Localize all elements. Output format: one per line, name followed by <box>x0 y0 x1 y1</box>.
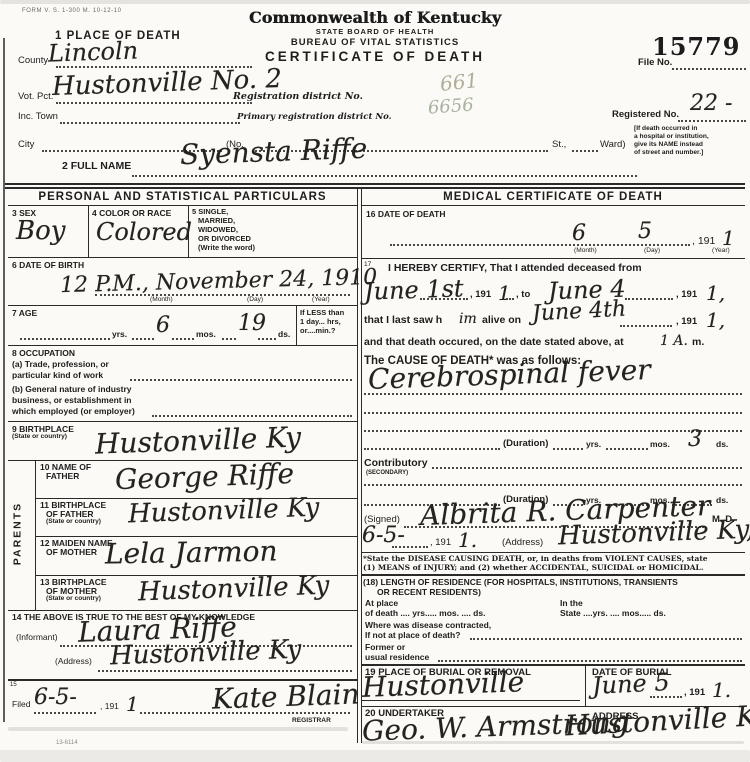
duration1-dotted-line-1 <box>364 448 500 450</box>
age-label: 7 AGE <box>12 309 37 318</box>
in-state-label-line1: In the <box>560 599 583 608</box>
mother-birthplace-value: Hustonville Ky <box>138 573 330 607</box>
registered-no-value: 22 - <box>690 92 732 115</box>
primary-district-label: Primary registration district No. <box>237 113 392 122</box>
hospital-note-line1: [If death occurred in <box>634 126 697 133</box>
full-name-label: 2 FULL NAME <box>62 161 131 172</box>
former-residence-label-line2: usual residence <box>365 653 429 662</box>
filed-year-printed: , 191 <box>100 702 119 711</box>
dod-day-value: 5 <box>638 220 652 243</box>
scan-edge-bottom <box>0 750 750 762</box>
left-rule-5 <box>8 421 357 422</box>
dod-month-label: (Month) <box>574 248 597 255</box>
marital-label-line4: OR DIVORCED <box>198 235 251 243</box>
inc-town-dotted-line <box>60 122 240 124</box>
residence-label-line2: OR RECENT RESIDENTS) <box>377 588 481 597</box>
right-rule-5 <box>361 664 745 666</box>
sex-value: Boy <box>16 218 65 245</box>
informant-label: (Informant) <box>16 633 58 642</box>
at-place-label-line2: of death .... yrs..... mos. .... ds. <box>365 609 485 618</box>
date-of-death-label: 16 DATE OF DEATH <box>366 210 446 219</box>
occupation-label: 8 OCCUPATION <box>12 349 75 358</box>
in-state-label-line2: State ....yrs. .... mos..... ds. <box>560 609 666 618</box>
signed-address-label: (Address) <box>502 538 543 548</box>
duration1-mos-label: mos. <box>650 440 670 449</box>
dod-year-printed: , 191 <box>692 236 715 247</box>
signed-year-value: 1. <box>458 530 477 551</box>
age-dotted-line-2 <box>132 338 154 340</box>
contracted-dotted-line <box>470 638 742 640</box>
contributory-dotted-line-1 <box>432 467 742 469</box>
dob-year-label: (Year) <box>312 297 330 304</box>
filed-dotted-line-1 <box>34 712 96 714</box>
dod-dotted-line <box>390 244 690 246</box>
burial-date-value: June 5 <box>591 670 670 699</box>
duration1-yrs-label: yrs. <box>586 440 601 449</box>
marital-label-line5: (Write the word) <box>198 244 255 252</box>
mother-birthplace-note: (State or country) <box>46 596 101 603</box>
duration1-ds-label: ds. <box>716 440 728 449</box>
at-place-label-line1: At place <box>365 599 398 608</box>
last-saw-h-value: im <box>459 312 477 327</box>
color-race-value: Colored <box>96 220 192 245</box>
burial-year-printed: , 191 <box>684 688 705 698</box>
hospital-note-line4: of street and number.] <box>634 150 703 157</box>
death-time-suffix: m. <box>692 337 704 348</box>
death-occurred-text: and that death occured, on the date stat… <box>364 337 624 348</box>
file-no-value: 15779 <box>652 34 741 59</box>
dob-month-label: (Month) <box>150 297 173 304</box>
dod-month-value: 6 <box>572 222 586 245</box>
county-value: Lincoln <box>48 38 139 66</box>
to-year-value: 1, <box>706 283 725 304</box>
duration2-ds-label: ds. <box>716 496 728 505</box>
hospital-note-line3: give its NAME instead <box>634 142 703 149</box>
scan-edge-top <box>0 0 750 4</box>
occupation-dotted-line-1 <box>130 379 352 381</box>
occupation-b-line2: business, or establishment in <box>12 396 132 405</box>
last-saw-text-1: that I last saw h <box>364 315 442 326</box>
contributory-label: Contributory <box>364 458 428 469</box>
contributory-dotted-line-2 <box>364 484 742 486</box>
hospital-note-line2: a hospital or institution, <box>634 134 709 141</box>
death-certificate-scan: FORM V. S. 1-300 M. 10-12-10 Commonwealt… <box>0 0 750 762</box>
left-rule-1 <box>8 205 357 206</box>
birthplace-value: Hustonville Ky <box>95 422 302 459</box>
burial-place-value: Hustonville <box>362 667 525 702</box>
left-rule-2 <box>8 257 357 258</box>
age-yrs-label: yrs. <box>112 330 127 339</box>
state-board-subtitle: STATE BOARD OF HEALTH <box>215 28 535 36</box>
age-dotted-line-1 <box>20 338 110 340</box>
commonwealth-title: Commonwealth of Kentucky <box>215 10 535 27</box>
certify-statement: I HEREBY CERTIFY, That I attended deceas… <box>388 263 642 274</box>
city-st-label: St., <box>552 140 566 150</box>
occupation-dotted-line-2 <box>152 415 352 417</box>
burial-year-value: 1. <box>712 680 731 701</box>
last-saw-date-value: June 4th <box>531 298 626 326</box>
left-rule-3 <box>8 305 357 306</box>
residence-label-line1: (18) LENGTH OF RESIDENCE (FOR HOSPITALS,… <box>363 578 678 587</box>
attended-from-value: June 1st <box>364 276 464 305</box>
to-year-printed: , 191 <box>676 290 697 300</box>
father-birthplace-value: Hustonville Ky <box>128 495 320 529</box>
sex-color-divider <box>88 205 89 257</box>
inc-town-label: Inc. Town <box>18 112 58 122</box>
county-label: County <box>18 56 48 66</box>
certify-dotted-line-2 <box>506 298 514 300</box>
former-residence-label-line1: Former or <box>365 643 405 652</box>
marital-label-line3: WIDOWED, <box>198 226 238 234</box>
form-number: FORM V. S. 1-300 M. 10-12-10 <box>22 8 122 14</box>
full-name-value: Syensta Riffe <box>180 134 368 170</box>
duration1-dotted-line-2 <box>553 448 583 450</box>
registered-no-dotted-line <box>678 120 746 122</box>
age-less-line1: If LESS than <box>300 309 344 317</box>
full-name-dotted-line <box>132 175 637 177</box>
left-rule-4 <box>8 345 357 346</box>
header-divider-1 <box>5 183 745 185</box>
registrar-label: REGISTRAR <box>292 718 331 725</box>
dod-year-value: 1 <box>722 228 735 249</box>
duration1-label: (Duration) <box>503 439 548 449</box>
from-year-value: 1 <box>498 283 511 304</box>
parents-vertical-label: PARENTS <box>12 502 23 566</box>
scan-edge-left-line <box>3 38 5 722</box>
personal-section-title: PERSONAL AND STATISTICAL PARTICULARS <box>8 191 357 203</box>
dod-day-label: (Day) <box>644 248 660 255</box>
marital-label-line2: MARRIED, <box>198 217 235 225</box>
dob-value: 12 P.M., November 24, 1910 <box>60 266 378 297</box>
certify-section-number: 17 <box>364 262 371 269</box>
birthplace-note: (State or country) <box>12 434 67 441</box>
age-dotted-line-5 <box>258 338 276 340</box>
father-name-label-line2: FATHER <box>46 472 79 481</box>
duration1-days-value: 3 <box>688 428 702 451</box>
occupation-b-line1: (b) General nature of industry <box>12 385 132 394</box>
father-birthplace-note: (State or country) <box>46 519 101 526</box>
parents-cell-divider <box>35 460 36 610</box>
city-ward-label: Ward) <box>600 140 626 150</box>
last-saw-year-value: 1, <box>706 310 725 331</box>
header-divider-2 <box>5 187 745 189</box>
filed-date-value: 6-5- <box>34 686 77 709</box>
age-dotted-line-4 <box>222 338 236 340</box>
dob-day-label: (Day) <box>247 297 263 304</box>
father-name-value: George Riffe <box>115 459 295 495</box>
filed-dotted-line-2 <box>140 712 210 714</box>
right-rule-4 <box>361 574 745 576</box>
file-no-dotted-line <box>672 68 746 70</box>
age-ds-label: ds. <box>278 330 290 339</box>
last-saw-dotted-line <box>620 325 672 327</box>
city-dotted-line-3 <box>572 150 598 152</box>
cause-dotted-line-3 <box>364 430 742 432</box>
cause-footnote-line2: (1) MEANS of INJURY; and (2) whether ACC… <box>363 564 703 572</box>
vot-pct-label: Vot. Pct. <box>18 92 53 102</box>
certify-dotted-line-3 <box>625 298 673 300</box>
burial-signature-line <box>362 700 580 701</box>
city-label: City <box>18 140 34 150</box>
age-mos-label: mos. <box>196 330 216 339</box>
marital-label-line1: 5 SINGLE, <box>192 208 228 216</box>
registrar-dotted-line <box>212 712 350 714</box>
occupation-b-line3: which employed (or employer) <box>12 407 135 416</box>
contracted-label-line1: Where was disease contracted, <box>365 621 491 630</box>
occupation-a-line1: (a) Trade, profession, or <box>12 360 109 369</box>
registration-district-label: Registration district No. <box>233 92 363 102</box>
form-code: 13-6114 <box>56 740 78 746</box>
age-lessbox-divider <box>296 305 297 345</box>
informant-address-label: (Address) <box>55 657 92 666</box>
medical-section-title: MEDICAL CERTIFICATE OF DEATH <box>361 191 745 203</box>
age-months-value: 6 <box>156 314 170 337</box>
age-less-line3: or....min.? <box>300 327 335 335</box>
attended-to-label: , to <box>516 290 530 300</box>
mother-maiden-value: Lela Jarmon <box>105 536 278 568</box>
mother-maiden-label-line2: OF MOTHER <box>46 548 97 557</box>
from-year-printed: , 191 <box>470 290 491 300</box>
dod-year-label: (Year) <box>712 248 730 255</box>
last-saw-year-printed: , 191 <box>676 317 697 327</box>
color-race-label: 4 COLOR OR RACE <box>92 209 171 218</box>
duration1-dotted-line-3 <box>606 448 648 450</box>
age-dotted-line-3 <box>172 338 194 340</box>
registration-district-value: 661 <box>439 70 479 95</box>
burial-date-dotted-line <box>650 696 682 698</box>
contracted-label-line2: If not at place of death? <box>365 631 460 640</box>
signed-address-value: Hustonville Ky, <box>558 517 750 551</box>
registered-no-label: Registered No. <box>612 110 679 120</box>
right-rule-1 <box>361 205 745 206</box>
informant-address-value: Hustonville Ky <box>110 637 302 671</box>
cause-of-death-value: Cerebrospinal fever <box>368 355 652 394</box>
cause-dotted-line-2 <box>364 412 742 414</box>
filed-label: Filed <box>12 700 30 709</box>
filed-year-value: 1 <box>126 694 139 715</box>
vot-pct-dotted-line <box>56 102 252 104</box>
filed-section-number: 15 <box>10 682 17 688</box>
right-rule-2 <box>361 258 745 259</box>
dob-label: 6 DATE OF BIRTH <box>12 261 84 270</box>
age-days-value: 19 <box>238 312 266 335</box>
cause-dotted-line-1 <box>364 393 742 395</box>
signed-date-value: 6-5- <box>362 524 405 547</box>
certify-dotted-line-1 <box>420 298 468 300</box>
signed-date-dotted-line <box>392 546 428 548</box>
signed-year-printed: , 191 <box>430 538 451 548</box>
bureau-subtitle: BUREAU OF VITAL STATISTICS <box>215 38 535 48</box>
burial-cell-divider <box>585 664 586 706</box>
cause-footnote-line1: *State the DISEASE CAUSING DEATH, or, in… <box>363 555 708 563</box>
scan-streak-left <box>8 727 348 731</box>
primary-district-value: 6656 <box>427 96 474 118</box>
certificate-title: CERTIFICATE OF DEATH <box>215 50 535 64</box>
death-time-value: 1 A. <box>660 334 688 349</box>
contributory-secondary-label: (SECONDARY) <box>366 470 408 476</box>
age-less-line2: 1 day... hrs, <box>300 318 341 326</box>
registrar-signature: Kate Blain <box>212 679 360 714</box>
former-residence-dotted-line <box>438 660 742 662</box>
occupation-a-line2: particular kind of work <box>12 371 103 380</box>
last-saw-text-2: alive on <box>482 315 521 326</box>
